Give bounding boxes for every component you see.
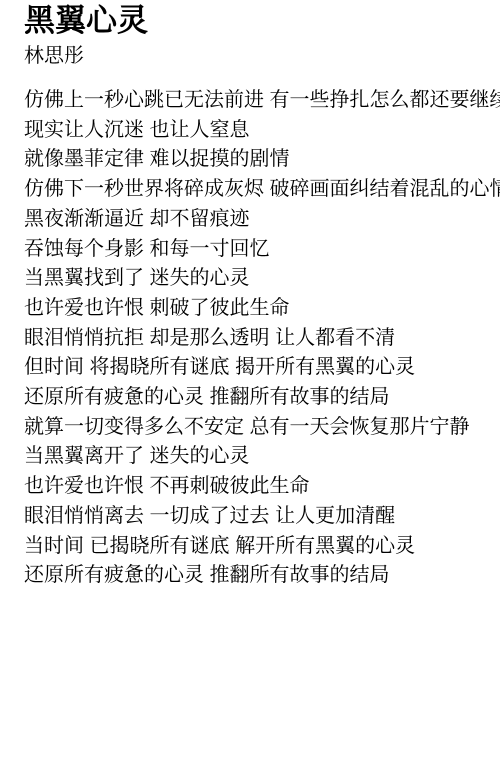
lyric-line: 仿佛上一秒心跳已无法前进 有一些挣扎怎么都还要继续 [24,86,500,116]
lyric-line: 就算一切变得多么不安定 总有一天会恢复那片宁静 [24,413,500,443]
lyric-line: 眼泪悄悄抗拒 却是那么透明 让人都看不清 [24,324,500,354]
song-title: 黑翼心灵 [24,2,500,40]
lyric-line: 眼泪悄悄离去 一切成了过去 让人更加清醒 [24,502,500,532]
lyric-line: 也许爱也许恨 刺破了彼此生命 [24,294,500,324]
lyric-line: 就像墨菲定律 难以捉摸的剧情 [24,145,500,175]
lyrics-page: 黑翼心灵 林思彤 仿佛上一秒心跳已无法前进 有一些挣扎怎么都还要继续现实让人沉迷… [0,0,500,760]
lyric-line: 还原所有疲惫的心灵 推翻所有故事的结局 [24,383,500,413]
lyric-line: 还原所有疲惫的心灵 推翻所有故事的结局 [24,561,500,591]
lyric-line: 吞蚀每个身影 和每一寸回忆 [24,235,500,265]
lyrics-body: 仿佛上一秒心跳已无法前进 有一些挣扎怎么都还要继续现实让人沉迷 也让人窒息就像墨… [24,86,500,591]
lyric-line: 也许爱也许恨 不再刺破彼此生命 [24,472,500,502]
lyric-line: 黑夜渐渐逼近 却不留痕迹 [24,205,500,235]
lyric-line: 当黑翼找到了 迷失的心灵 [24,264,500,294]
lyric-line: 现实让人沉迷 也让人窒息 [24,116,500,146]
artist-name: 林思彤 [24,44,500,69]
lyric-line: 当黑翼离开了 迷失的心灵 [24,442,500,472]
lyric-line: 但时间 将揭晓所有谜底 揭开所有黑翼的心灵 [24,353,500,383]
lyric-line: 当时间 已揭晓所有谜底 解开所有黑翼的心灵 [24,532,500,562]
lyric-line: 仿佛下一秒世界将碎成灰烬 破碎画面纠结着混乱的心情 [24,175,500,205]
